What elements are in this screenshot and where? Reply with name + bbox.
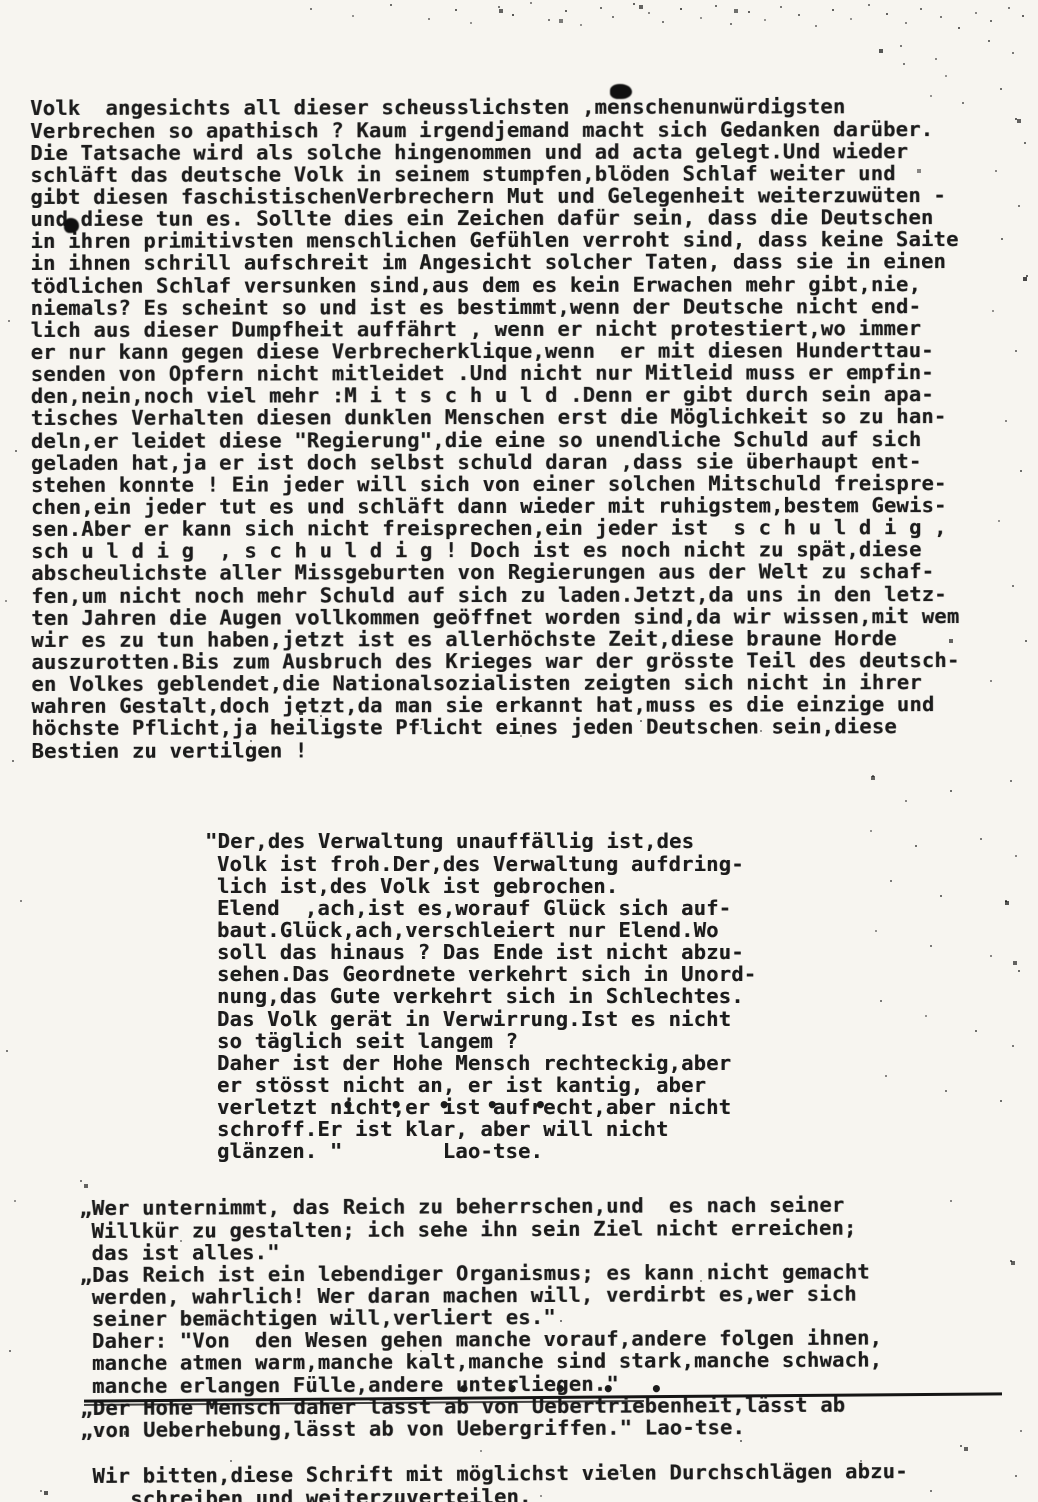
scanned-leaflet-page: Volk angesichts all dieser scheusslichst… (0, 0, 1038, 1502)
text-line: Volk angesichts all dieser scheusslichst… (30, 96, 958, 120)
text-line: geladen hat,ja er ist doch selbst schuld… (31, 450, 959, 474)
text-line: nung,das Gute verkehrt sich in Schlechte… (217, 985, 756, 1007)
text-line: Die Tatsache wird als solche hingenommen… (30, 140, 958, 164)
leaflet-body-paragraph: Volk angesichts all dieser scheusslichst… (30, 29, 960, 762)
text-line: niemals? Es scheint so und ist es bestim… (31, 295, 959, 319)
text-line: "Der,des Verwaltung unauffällig ist,des (205, 830, 756, 852)
text-line: Daher ist der Hohe Mensch rechteckig,abe… (217, 1052, 756, 1074)
text-line: in ihnen schrill aufschreit im Angesicht… (30, 251, 958, 275)
text-line: deln,er leidet diese "Regierung",die ein… (31, 428, 959, 452)
text-line: tisches Verhalten diesen dunklen Mensche… (31, 405, 959, 429)
text-line: werden, wahrlich! Wer daran machen will,… (92, 1283, 882, 1309)
text-line: Bestien zu vertilgen ! (31, 738, 959, 762)
text-line: abscheulichste aller Missgeburten von Re… (31, 560, 959, 584)
ink-blot (64, 218, 79, 233)
text-line: ten Jahren die Augen vollkommen geöffnet… (31, 605, 959, 629)
text-line: schreiben und weiterzuverteilen. (93, 1483, 908, 1502)
scan-noise (0, 0, 2, 2)
text-line: soll das hinaus ? Das Ende ist nicht abz… (217, 941, 756, 963)
text-line: fen,um nicht noch mehr Schuld auf sich z… (31, 583, 959, 607)
text-line: baut.Glück,ach,verschleiert nur Elend.Wo (217, 919, 756, 941)
ink-blot (610, 84, 632, 99)
text-line: Willkür zu gestalten; ich sehe ihn sein … (91, 1216, 881, 1242)
text-line: tödlichen Schlaf versunken sind,aus dem … (31, 273, 959, 297)
footer-note: Wir bitten,diese Schrift mit möglichst v… (92, 1394, 908, 1502)
text-line: sehen.Das Geordnete verkehrt sich in Uno… (217, 963, 756, 985)
text-line: Verbrechen so apathisch ? Kaum irgendjem… (30, 118, 958, 142)
text-line: so täglich seit langem ? (217, 1030, 756, 1052)
text-line: manche atmen warm,manche kalt,manche sin… (92, 1349, 882, 1375)
text-line: Das Volk gerät in Verwirrung.Ist es nich… (217, 1008, 756, 1030)
text-line: höchste Pflicht,ja heiligste Pflicht ein… (31, 715, 959, 739)
dots-separator: • • • • • (342, 1094, 558, 1116)
text-line: Volk ist froh.Der,des Verwaltung aufdrin… (217, 853, 756, 875)
text-line: lich ist,des Volk ist gebrochen. (217, 875, 756, 897)
text-line: Elend ,ach,ist es,worauf Glück sich auf- (217, 897, 756, 919)
